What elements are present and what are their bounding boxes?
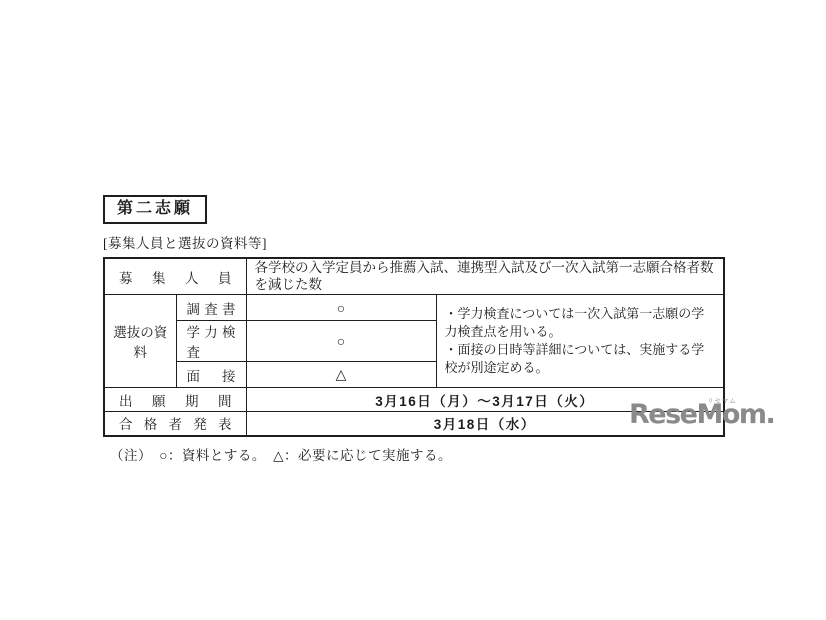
- application-period-label-cell: 出願期間: [104, 388, 246, 412]
- report-card-label-cell: 調査書: [176, 295, 246, 321]
- resemom-logo: ReseMom.: [629, 401, 774, 428]
- result-announcement-label-cell: 合格者発表: [104, 412, 246, 436]
- legend-note: （注） ○：資料とする。 △：必要に応じて実施する。: [103, 444, 725, 464]
- report-card-mark-cell: ○: [246, 295, 436, 321]
- recruitment-value-cell: 各学校の入学定員から推薦入試、連携型入試及び一次入試第一志願合格者数を減じた数: [246, 258, 724, 295]
- section-title: 第二志願: [117, 200, 193, 217]
- academic-test-label-cell: 学力検査: [176, 321, 246, 362]
- interview-label-cell: 面接: [176, 362, 246, 388]
- selection-remarks-cell: ・学力検査については一次入試第一志願の学力検査点を用いる。 ・面接の日時等詳細に…: [436, 295, 724, 388]
- section-title-box: 第二志願: [103, 195, 207, 224]
- table-caption: [募集人員と選抜の資料等]: [103, 232, 725, 252]
- table-row: 募集人員 各学校の入学定員から推薦入試、連携型入試及び一次入試第一志願合格者数を…: [104, 258, 724, 295]
- recruitment-label-cell: 募集人員: [104, 258, 246, 295]
- table-row: 選抜の資料 調査書 ○ ・学力検査については一次入試第一志願の学力検査点を用いる…: [104, 295, 724, 321]
- selection-materials-label-cell: 選抜の資料: [104, 295, 176, 388]
- resemom-logo-ruby: リセマム: [707, 396, 737, 405]
- academic-test-mark-cell: ○: [246, 321, 436, 362]
- interview-mark-cell: △: [246, 362, 436, 388]
